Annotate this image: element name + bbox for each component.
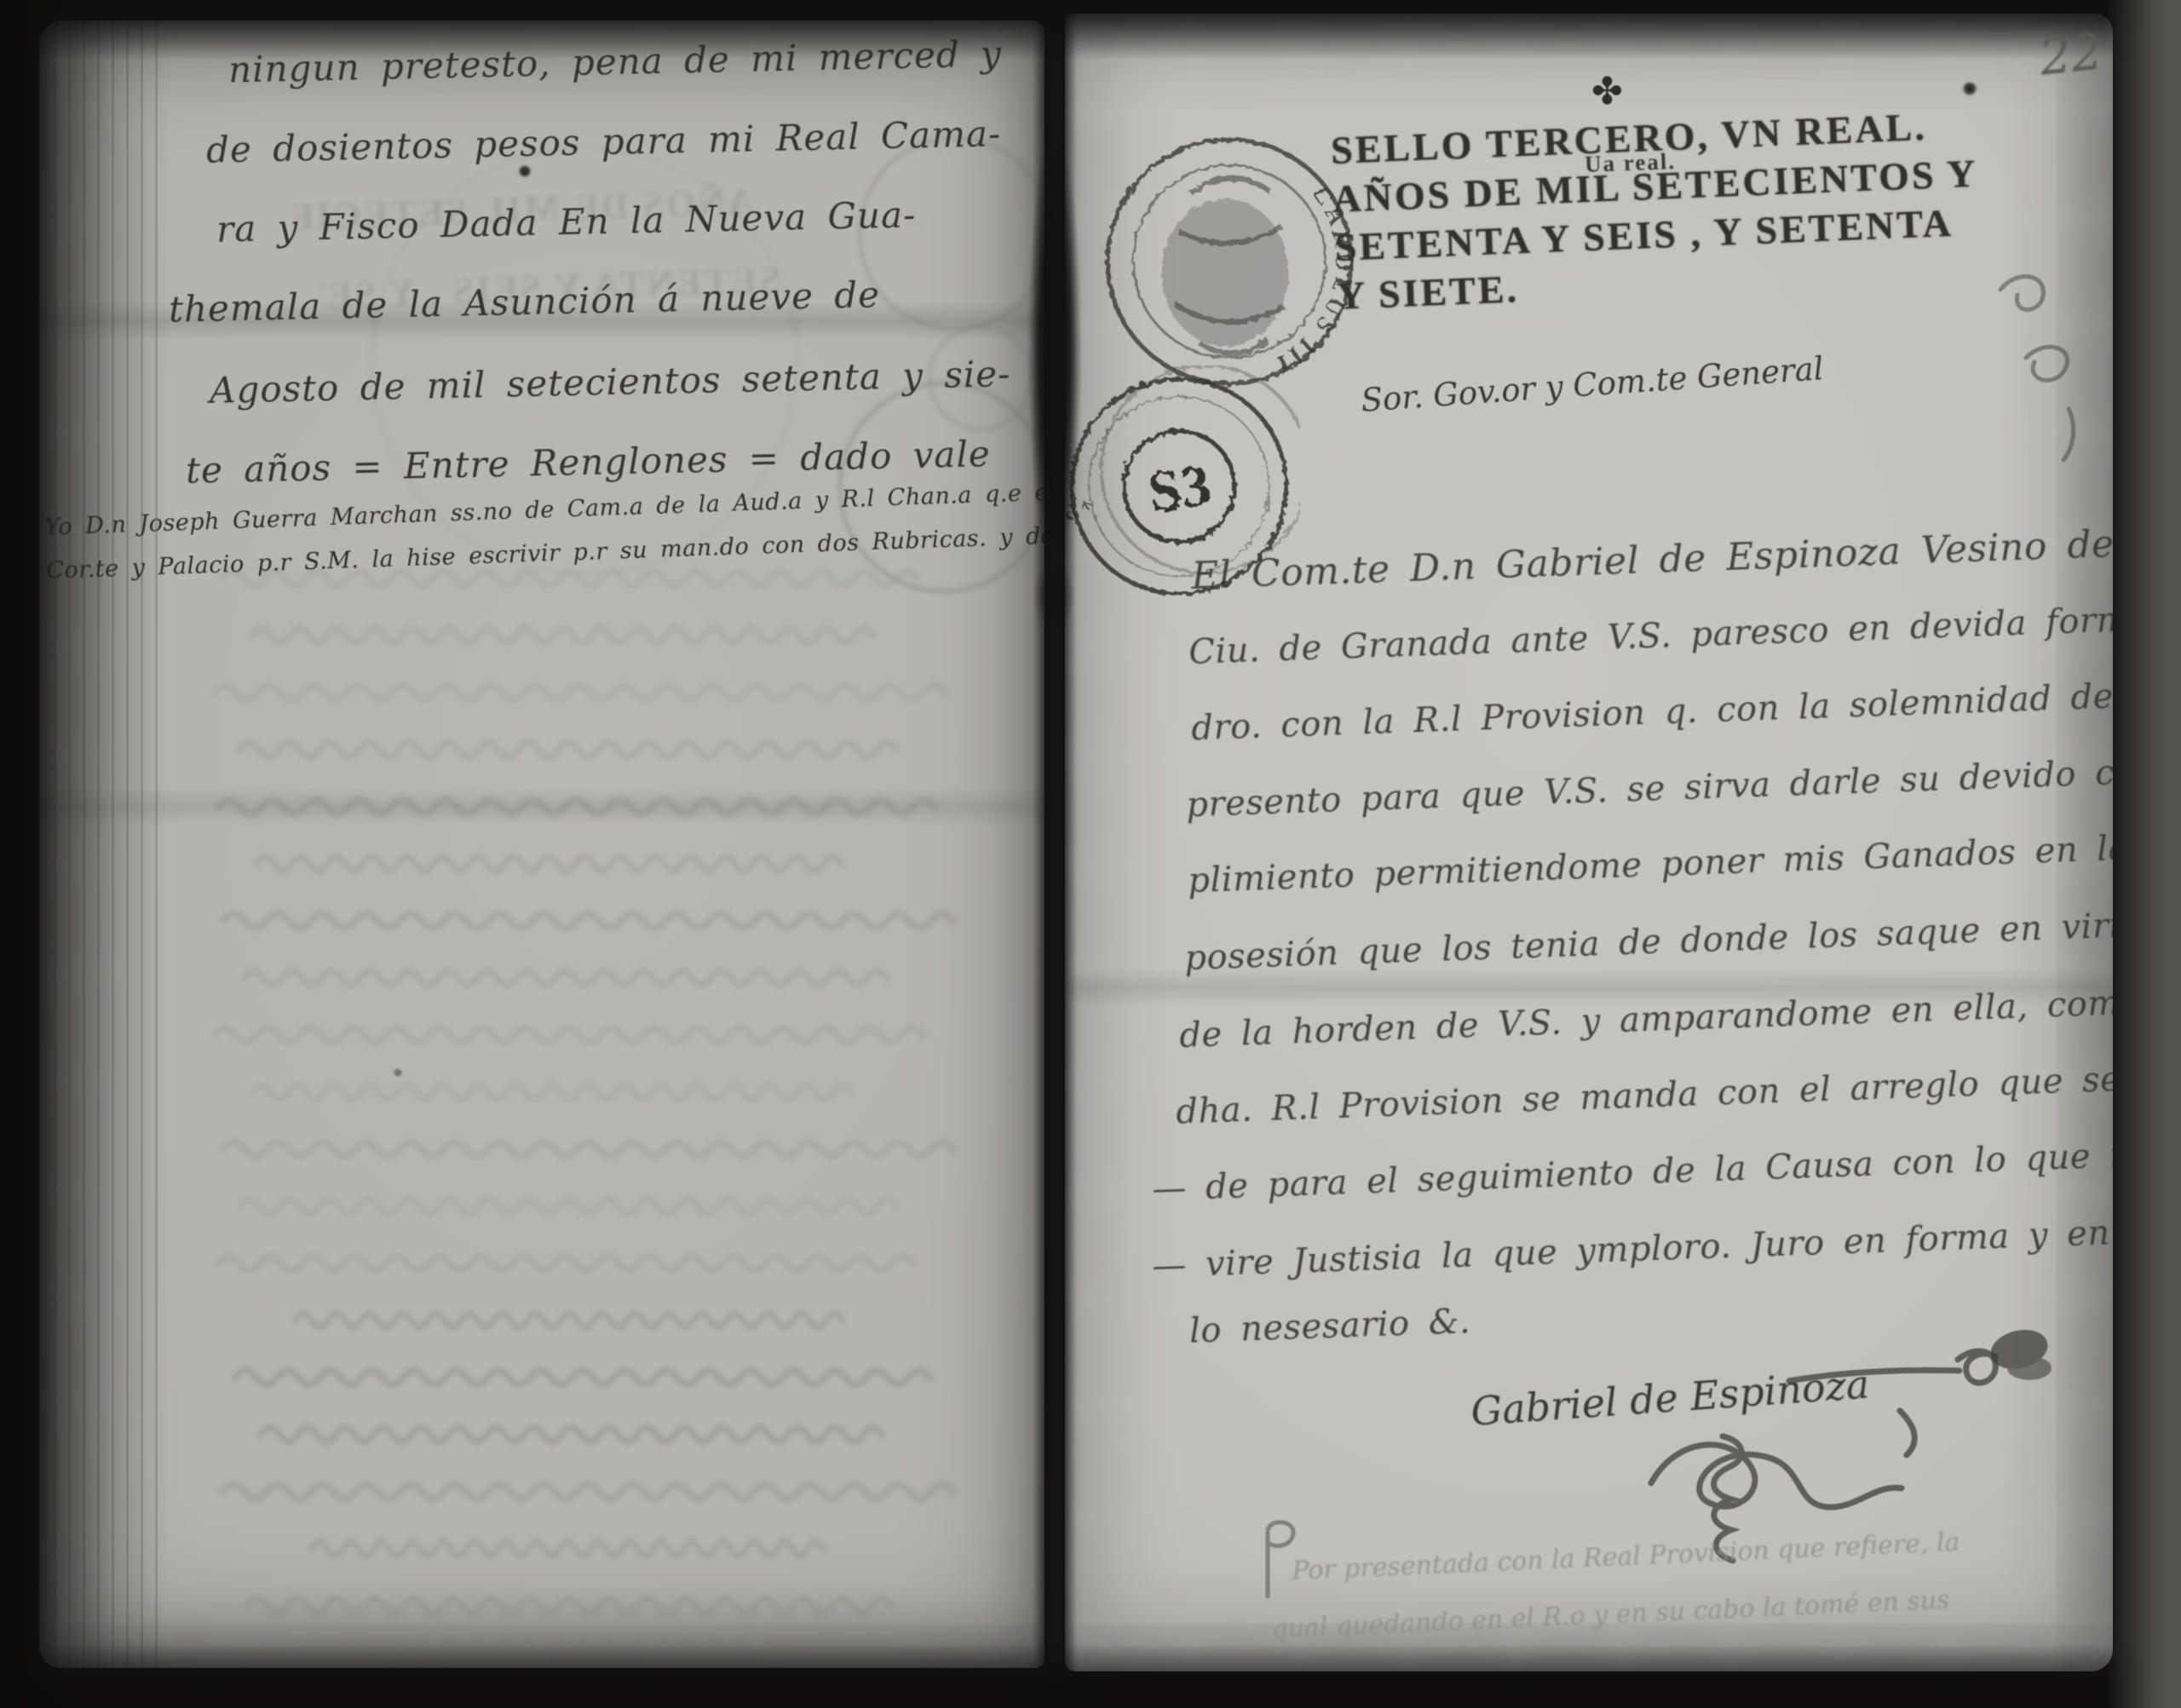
petition-line: presento para que V.S. se sirva darle su… bbox=[1186, 751, 2113, 825]
ink-blot bbox=[518, 165, 532, 177]
photo-right-edge bbox=[2106, 0, 2181, 1708]
petition-line: dro. con la R.l Provision q. con la sole… bbox=[1191, 675, 2113, 749]
salutation-line: Sor. Gov.or y Com.te General bbox=[1360, 350, 1825, 419]
petition-line: — de para el seguimiento de la Causa con… bbox=[1152, 1134, 2113, 1209]
ink-blot bbox=[393, 1068, 403, 1077]
paper-fold-shadow bbox=[1065, 968, 2113, 1007]
petition-line: — vire Justisia la que ymploro. Juro en … bbox=[1152, 1213, 2111, 1285]
royal-seal-stamp: CAROLUS III bbox=[1096, 129, 1362, 394]
archival-manuscript-photo: AÑOS DE MIL SETECIENTOS Y SETENTA Y SEIS… bbox=[0, 0, 2181, 1708]
printer-ornament-icon: ✤ bbox=[1591, 70, 1623, 113]
left-page: AÑOS DE MIL SETECIENTOS Y SETENTA Y SEIS… bbox=[39, 20, 1044, 1668]
paper-fold-shadow bbox=[39, 787, 1044, 826]
folio-number: 22 bbox=[2037, 22, 2106, 86]
petition-line: Ciu. de Granada ante V.S. paresco en dev… bbox=[1188, 597, 2113, 672]
printed-seal-heading: SELLO TERCERO, VN REAL. AÑOS DE MIL SETE… bbox=[1330, 101, 1982, 320]
margin-scribbles bbox=[1975, 256, 2103, 494]
petition-line: El Com.te D.n Gabriel de Espinoza Vesino… bbox=[1190, 519, 2113, 598]
paper-fold-shadow bbox=[39, 302, 1044, 341]
petition-line: plimiento permitiendome poner mis Ganado… bbox=[1188, 829, 2113, 901]
ink-blot bbox=[1962, 82, 1977, 95]
petition-line: dha. R.l Provision se manda con el arreg… bbox=[1176, 1057, 2113, 1131]
decree-note-line: qual quedando en el R.o y en su cabo la … bbox=[1271, 1585, 1950, 1645]
binding-gutter bbox=[1033, 0, 1077, 1708]
habilitation-center-text: S3 bbox=[1144, 452, 1215, 525]
right-page: CAROLUS III +PARA LOS AÑOS DE 1778 bbox=[1065, 14, 2113, 1671]
